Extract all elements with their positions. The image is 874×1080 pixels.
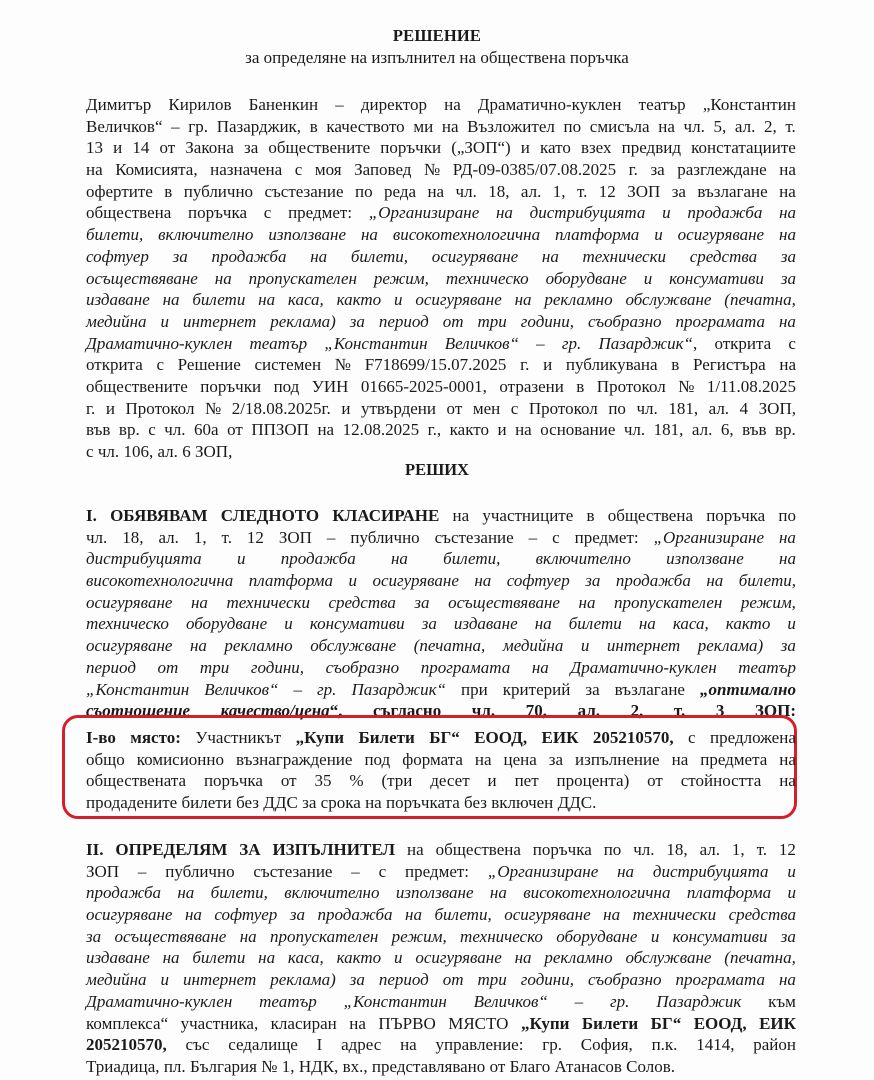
text-line: откритасРешениесистемен№F718699/15.07.20…: [86, 354, 796, 376]
text-line: периодоттригодини,съобразнопрограматанаД…: [86, 657, 796, 679]
text-line: продаденитебилетибезДДСзасроканапоръчкат…: [86, 792, 796, 814]
text-line: Драматично-куклентеатър„КонстантинВеличк…: [86, 333, 796, 355]
text-line: общественитепоръчкиподУИН01665-2025-0001…: [86, 376, 796, 398]
text-line: I.ОБЯВЯВАМСЛЕДНОТОКЛАСИРАНЕнаучастниците…: [86, 505, 796, 527]
text-line: ДимитърКириловБаненкин–директорнаДрамати…: [86, 94, 796, 116]
text-line: високотехнологичнаплатформаиосигуряванен…: [86, 570, 796, 592]
text-line: издаваненабилетинакаса,кактоиосигуряване…: [86, 289, 796, 311]
text-line: осигуряваненасофтуерзапродажбанабилети,о…: [86, 904, 796, 926]
document-page: РЕШЕНИЕ за определяне на изпълнител на о…: [0, 0, 874, 1080]
decision-heading: РЕШИХ: [0, 460, 874, 480]
document-title: РЕШЕНИЕ: [0, 26, 874, 46]
text-line: общественапоръчкаспредмет:„Организиранен…: [86, 202, 796, 224]
text-line: осъществяваненапропускателенрежим,технич…: [86, 268, 796, 290]
text-line: Триадица,пл.България№1,НДК,вх.,представл…: [86, 1056, 796, 1078]
text-line: заосъществяваненапропускателенрежим,техн…: [86, 926, 796, 948]
text-line: техническооборудванеиконсумативизаиздава…: [86, 613, 796, 635]
text-line: осигуряваненарекламнообслужване(печатна,…: [86, 635, 796, 657]
text-line: издаваненабилетинакаса,кактоиосигуряване…: [86, 947, 796, 969]
text-line: чл.18,ал.1,т.12ЗОП–публичносъстезание–сп…: [86, 527, 796, 549]
intro-paragraph: ДимитърКириловБаненкин–директорнаДрамати…: [86, 94, 796, 463]
text-line: ЗОП–публичносъстезание–спредмет:„Организ…: [86, 861, 796, 883]
text-line: Драматично-куклентеатър„КонстантинВеличк…: [86, 991, 796, 1013]
text-line: общественатапоръчкаот35%(тридесетипетпро…: [86, 770, 796, 792]
text-line: дистрибуциятаипродажбанабилети,включител…: [86, 548, 796, 570]
text-line: 13и14отЗаконазаобщественитепоръчки(„ЗОП“…: [86, 137, 796, 159]
text-line: комплекса“участника,класираннаПЪРВОМЯСТО…: [86, 1013, 796, 1035]
text-line: I-вомясто:Участникът„КупиБилетиБГ“ЕООД,Е…: [86, 727, 796, 749]
section-2-contractor: II.ОПРЕДЕЛЯМЗАИЗПЪЛНИТЕЛнаобщественапоръ…: [86, 839, 796, 1078]
text-line: въввр.счл.60аотППЗОПна12.08.2025г.,както…: [86, 419, 796, 441]
text-line: продажбанабилети,включителноизползванена…: [86, 882, 796, 904]
text-line: наКомисията,назначенасмояЗаповед№РД-09-0…: [86, 159, 796, 181]
text-line: медийнаиинтернетреклама)запериодоттригод…: [86, 969, 796, 991]
text-line: осигуряваненатехническисредствазаосъщест…: [86, 592, 796, 614]
first-place-entry: I-вомясто:Участникът„КупиБилетиБГ“ЕООД,Е…: [86, 727, 796, 814]
text-line: софтуерзапродажбанабилети,осигуряваненат…: [86, 246, 796, 268]
text-line: II.ОПРЕДЕЛЯМЗАИЗПЪЛНИТЕЛнаобщественапоръ…: [86, 839, 796, 861]
section-1-ranking: I.ОБЯВЯВАМСЛЕДНОТОКЛАСИРАНЕнаучастниците…: [86, 505, 796, 722]
text-line: 205210570,съсседалищеIадреснауправление:…: [86, 1034, 796, 1056]
text-line: билети,включителноизползваненависокотехн…: [86, 224, 796, 246]
text-line: медийнаиинтернетреклама)запериодоттригод…: [86, 311, 796, 333]
text-line: общокомисионновъзнаграждениеподформатана…: [86, 749, 796, 771]
text-line: Величков“–гр.Пазарджик,вкачествотоминаВъ…: [86, 116, 796, 138]
document-subtitle: за определяне на изпълнител на обществен…: [0, 48, 874, 68]
text-line: г.иПротокол№2/18.08.2025г.иутвърдениотме…: [86, 398, 796, 420]
text-line: „КонстантинВеличков“–гр.Пазарджик“прикри…: [86, 679, 796, 701]
text-line: офертитевпубличносъстезаниепореданачл.18…: [86, 181, 796, 203]
